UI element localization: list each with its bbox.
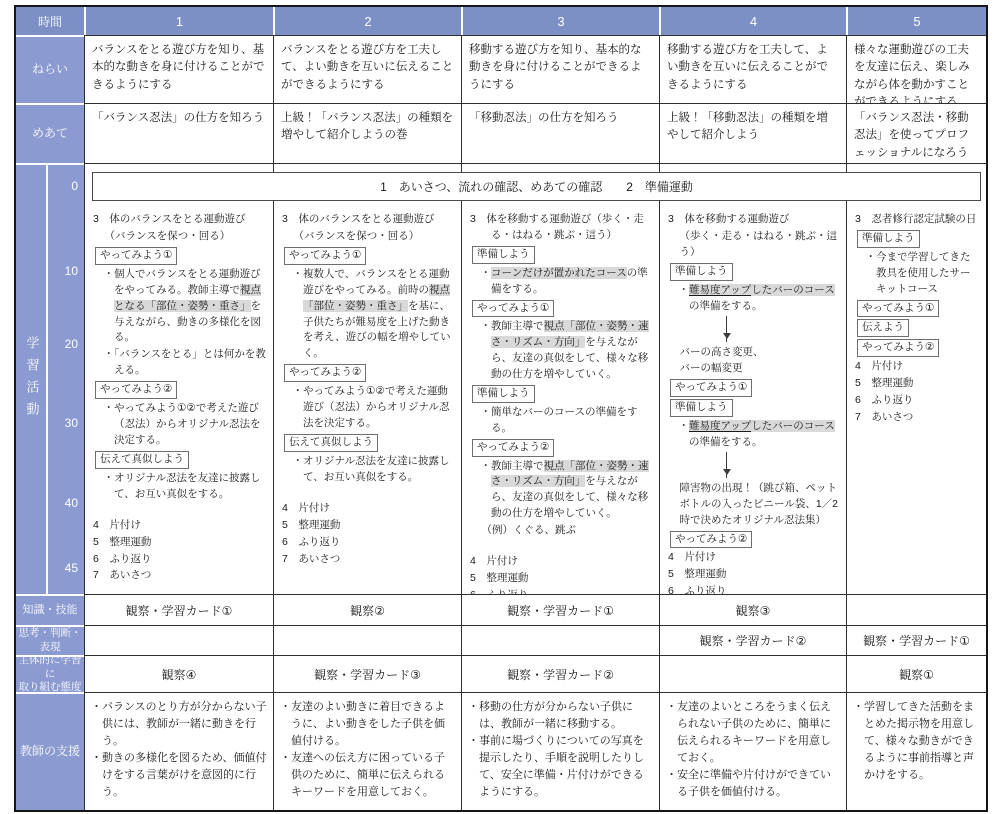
- attitude-cell-4: [659, 655, 846, 692]
- activity-cell-4: 3 体を移動する運動遊び（歩く・走る・はねる・跳ぶ・這う）準備しよう・難易度アッ…: [659, 163, 846, 594]
- assessment-attitude-row: 主体的に学習に 取り組む態度 観察④ 観察・学習カード③ 観察・学習カード② 観…: [16, 655, 986, 692]
- time-tick-30: 30: [65, 416, 78, 430]
- thinking-cell-3: [461, 625, 659, 655]
- activity-timeline: 0 10 20 30 40 45: [46, 163, 84, 594]
- lesson-number-5: 5: [846, 7, 986, 35]
- aims-cell-1: バランスをとる遊び方を知り、基本的な動きを身に付けることができるようにする: [84, 35, 273, 103]
- knowledge-cell-5: [846, 594, 986, 625]
- activity-cell-1: 3 体のバランスをとる運動遊び（バランスを保つ・回る）やってみよう①・個人でバラ…: [84, 163, 273, 594]
- lesson-number-3: 3: [461, 7, 659, 35]
- support-cell-3: ・移動の仕方が分からない子供には、教師が一緒に移動する。・事前に場づくりについて…: [461, 692, 659, 810]
- aims-cell-5: 様々な運動遊びの工夫を友達に伝え、楽しみながら体を動かすことができるようにする: [846, 35, 986, 103]
- activity-label: 学習活動: [16, 163, 46, 594]
- time-tick-45: 45: [65, 561, 78, 575]
- thinking-judgment-label: 思考・判断・表現: [16, 625, 84, 655]
- activity-cell-5: 3 忍者修行認定試験の日準備しよう・今まで学習してきた教具を使用したサーキットコ…: [846, 163, 986, 594]
- intro-banner: 1 あいさつ、流れの確認、めあての確認 2 準備運動: [92, 172, 981, 201]
- goals-cell-2: 上級！「バランス忍法」の種類を増やして紹介しようの巻: [273, 103, 461, 163]
- lesson-number-1: 1: [84, 7, 273, 35]
- knowledge-cell-2: 観察②: [273, 594, 461, 625]
- lesson-number-2: 2: [273, 7, 461, 35]
- activity-row: 学習活動 0 10 20 30 40 45 3 体のバランスをとる運動遊び（バラ…: [16, 163, 986, 594]
- time-header-label: 時間: [16, 7, 84, 35]
- aims-cell-3: 移動する遊び方を知り、基本的な動きを身に付けることができるようにする: [461, 35, 659, 103]
- attitude-cell-5: 観察①: [846, 655, 986, 692]
- goals-cell-5: 「バランス忍法・移動忍法」を使ってプロフェッショナルになろう: [846, 103, 986, 163]
- knowledge-cell-1: 観察・学習カード①: [84, 594, 273, 625]
- thinking-cell-1: [84, 625, 273, 655]
- aims-cell-4: 移動する遊び方を工夫して、よい動きを互いに伝えることができるようにする: [659, 35, 846, 103]
- unit-plan-table: 時間 1 2 3 4 5 ねらい バランスをとる遊び方を知り、基本的な動きを身に…: [14, 5, 988, 812]
- knowledge-skill-label: 知識・技能: [16, 594, 84, 625]
- attitude-cell-3: 観察・学習カード②: [461, 655, 659, 692]
- thinking-cell-4: 観察・学習カード②: [659, 625, 846, 655]
- attitude-label: 主体的に学習に 取り組む態度: [16, 655, 84, 692]
- aims-label: ねらい: [16, 35, 84, 103]
- assessment-thinking-row: 思考・判断・表現 観察・学習カード② 観察・学習カード①: [16, 625, 986, 655]
- activity-cell-2: 3 体のバランスをとる運動遊び（バランスを保つ・回る）やってみよう①・複数人で、…: [273, 163, 461, 594]
- aims-cell-2: バランスをとる遊び方を工夫して、よい動きを互いに伝えることができるようにする: [273, 35, 461, 103]
- thinking-cell-2: [273, 625, 461, 655]
- time-tick-10: 10: [65, 264, 78, 278]
- support-cell-4: ・友達のよいところをうまく伝えられない子供のために、簡単に伝えられるキーワードを…: [659, 692, 846, 810]
- attitude-cell-2: 観察・学習カード③: [273, 655, 461, 692]
- goals-cell-3: 「移動忍法」の仕方を知ろう: [461, 103, 659, 163]
- support-cell-1: ・バランスのとり方が分からない子供には、教師が一緒に動きを行う。・動きの多様化を…: [84, 692, 273, 810]
- knowledge-cell-3: 観察・学習カード①: [461, 594, 659, 625]
- aims-row: ねらい バランスをとる遊び方を知り、基本的な動きを身に付けることができるようにす…: [16, 35, 986, 103]
- assessment-knowledge-row: 知識・技能 観察・学習カード① 観察② 観察・学習カード① 観察③: [16, 594, 986, 625]
- time-tick-0: 0: [71, 179, 78, 193]
- goals-label: めあて: [16, 103, 84, 163]
- goals-cell-1: 「バランス忍法」の仕方を知ろう: [84, 103, 273, 163]
- goals-cell-4: 上級！「移動忍法」の種類を増やして紹介しよう: [659, 103, 846, 163]
- lesson-number-4: 4: [659, 7, 846, 35]
- goals-row: めあて 「バランス忍法」の仕方を知ろう 上級！「バランス忍法」の種類を増やして紹…: [16, 103, 986, 163]
- attitude-cell-1: 観察④: [84, 655, 273, 692]
- activity-cell-3: 3 体を移動する運動遊び（歩く・走る・はねる・跳ぶ・這う）準備しよう・コーンだけ…: [461, 163, 659, 594]
- thinking-cell-5: 観察・学習カード①: [846, 625, 986, 655]
- support-cell-5: ・学習してきた活動をまとめた掲示物を用意して、様々な動きができるように事前指導と…: [846, 692, 986, 810]
- time-tick-40: 40: [65, 496, 78, 510]
- header-row: 時間 1 2 3 4 5: [16, 7, 986, 35]
- support-cell-2: ・友達のよい動きに着目できるように、よい動きをした子供を価値付ける。・友達への伝…: [273, 692, 461, 810]
- knowledge-cell-4: 観察③: [659, 594, 846, 625]
- teacher-support-label: 教師の支援: [16, 692, 84, 810]
- teacher-support-row: 教師の支援 ・バランスのとり方が分からない子供には、教師が一緒に動きを行う。・動…: [16, 692, 986, 810]
- time-tick-20: 20: [65, 337, 78, 351]
